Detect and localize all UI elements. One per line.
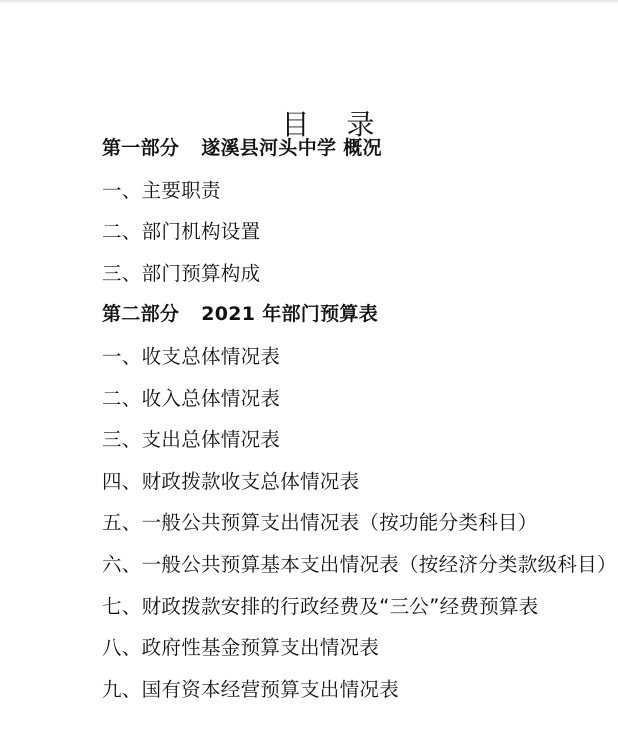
toc-item[interactable]: 二、部门机构设置 <box>58 211 614 253</box>
document-page: 目 录 第一部分遂溪县河头中学 概况 一、主要职责 二、部门机构设置 三、部门预… <box>0 0 618 743</box>
toc-item[interactable]: 一、主要职责 <box>58 170 614 212</box>
toc-item[interactable]: 五、一般公共预算支出情况表（按功能分类科目） <box>58 502 614 544</box>
toc-item[interactable]: 六、一般公共预算基本支出情况表（按经济分类款级科目） <box>58 544 614 586</box>
toc-item[interactable]: 一、收支总体情况表 <box>58 336 614 378</box>
toc-item[interactable]: 三、支出总体情况表 <box>58 419 614 461</box>
toc-part-2-heading[interactable]: 第二部分2021 年部门预算表 <box>58 294 614 336</box>
part-1-title: 遂溪县河头中学 概况 <box>201 137 382 159</box>
part-2-prefix: 第二部分 <box>102 303 179 325</box>
toc-item[interactable]: 二、收入总体情况表 <box>58 378 614 420</box>
toc-item[interactable]: 八、政府性基金预算支出情况表 <box>58 627 614 669</box>
toc-part-1-heading[interactable]: 第一部分遂溪县河头中学 概况 <box>58 128 614 170</box>
toc-item[interactable]: 九、国有资本经营预算支出情况表 <box>58 669 614 711</box>
toc-item[interactable]: 三、部门预算构成 <box>58 253 614 295</box>
part-1-prefix: 第一部分 <box>102 137 179 159</box>
part-2-title: 2021 年部门预算表 <box>201 303 378 325</box>
toc-item[interactable]: 七、财政拨款安排的行政经费及“三公”经费预算表 <box>58 586 614 628</box>
table-of-contents: 第一部分遂溪县河头中学 概况 一、主要职责 二、部门机构设置 三、部门预算构成 … <box>58 128 614 710</box>
toc-item[interactable]: 四、财政拨款收支总体情况表 <box>58 461 614 503</box>
